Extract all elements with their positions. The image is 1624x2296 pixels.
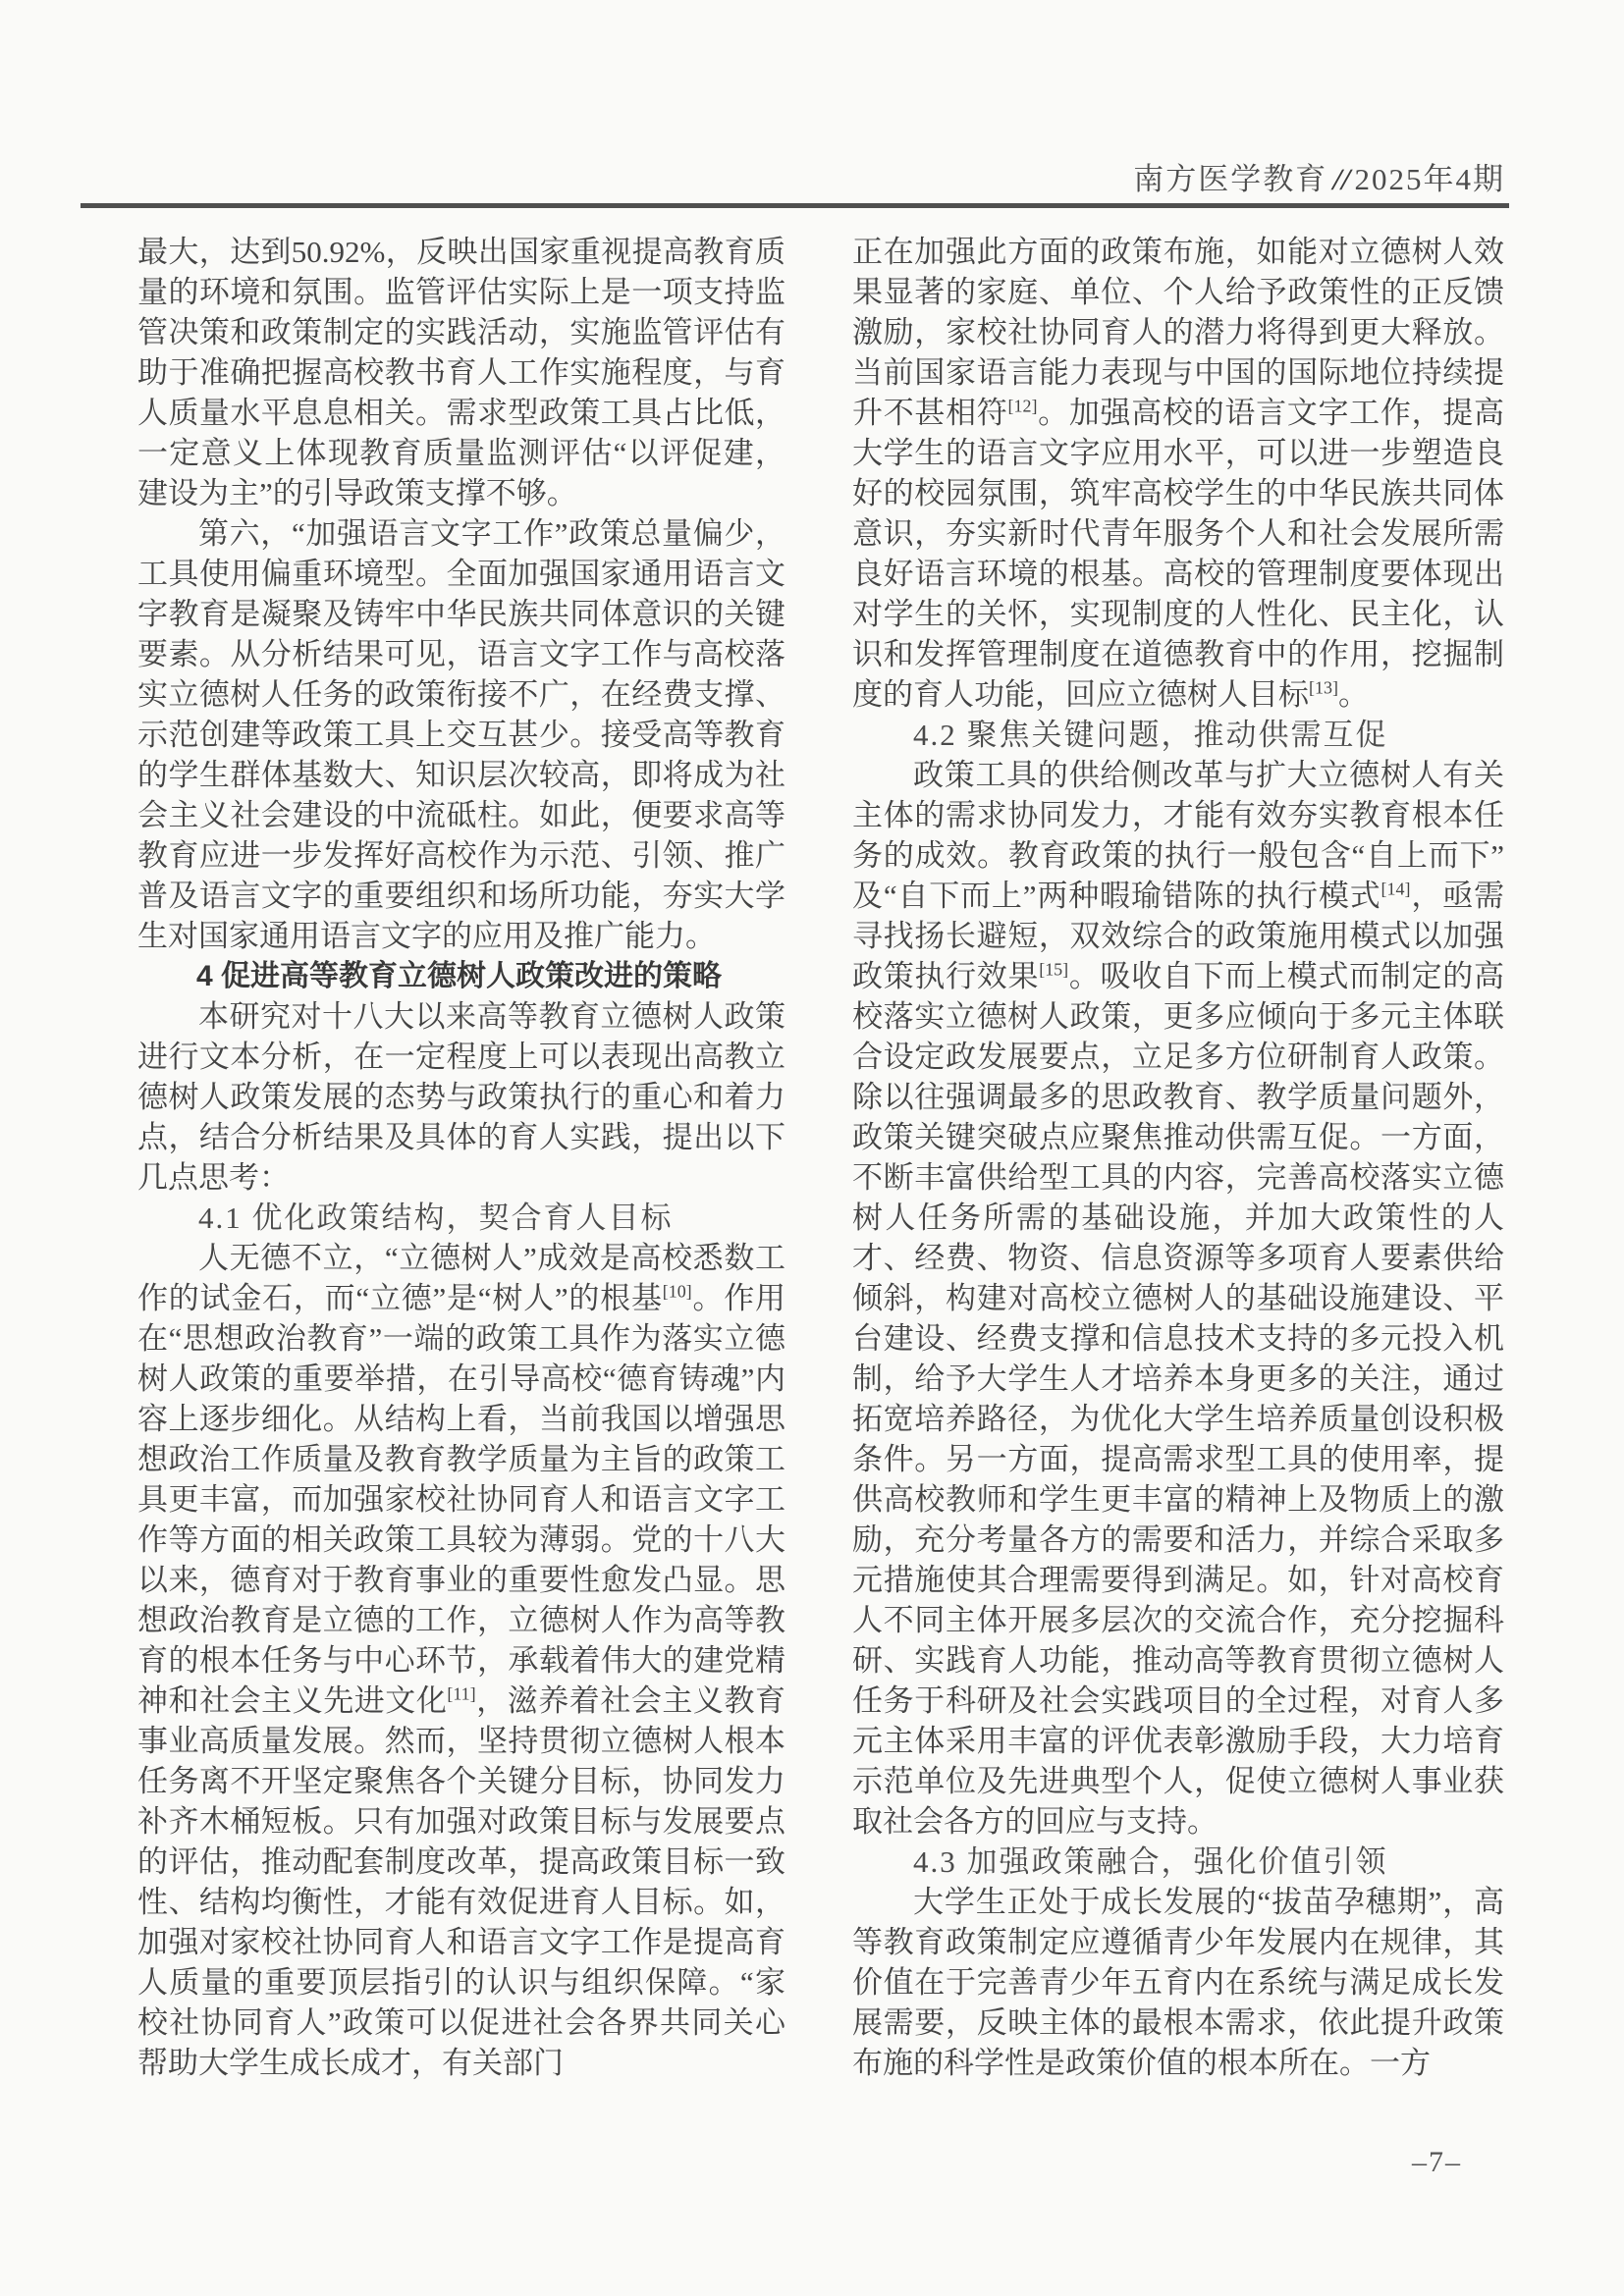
subsection-heading: 4.3 加强政策融合，强化价值引领 <box>852 1842 1504 1882</box>
journal-issue: 2025年4期 <box>1355 162 1506 196</box>
left-column: 最大，达到50.92%，反映出国家重视提高教育质量的环境和氛围。监管评估实际上是… <box>137 232 785 2083</box>
citation-ref: [11] <box>447 1684 475 1704</box>
journal-header: 南方医学教育//2025年4期 <box>1133 160 1505 199</box>
subsection-heading: 4.1 优化政策结构，契合育人目标 <box>137 1198 785 1238</box>
paragraph: 本研究对十八大以来高等教育立德树人政策进行文本分析，在一定程度上可以表现出高教立… <box>137 996 785 1198</box>
journal-page: 南方医学教育//2025年4期 最大，达到50.92%，反映出国家重视提高教育质… <box>0 0 1624 2296</box>
paragraph: 第六，“加强语言文字工作”政策总量偏少，工具使用偏重环境型。全面加强国家通用语言… <box>137 513 785 956</box>
section-heading: 4 促进高等教育立德树人政策改进的策略 <box>137 956 785 996</box>
subsection-heading: 4.2 聚焦关键问题，推动供需互促 <box>852 715 1504 755</box>
header-divider: // <box>1329 160 1355 199</box>
header-rule <box>81 203 1509 208</box>
paragraph: 最大，达到50.92%，反映出国家重视提高教育质量的环境和氛围。监管评估实际上是… <box>137 232 785 513</box>
citation-ref: [10] <box>663 1282 692 1302</box>
paragraph: 大学生正处于成长发展的“拔苗孕穗期”，高等教育政策制定应遵循青少年发展内在规律，… <box>852 1882 1504 2083</box>
paragraph: 人无德不立，“立德树人”成效是高校悉数工作的试金石，而“立德”是“树人”的根基[… <box>137 1238 785 2083</box>
page-number: –7– <box>1412 2146 1462 2179</box>
citation-ref: [12] <box>1008 397 1038 416</box>
paragraph: 政策工具的供给侧改革与扩大立德树人有关主体的需求协同发力，才能有效夯实教育根本任… <box>852 755 1504 1842</box>
right-column: 正在加强此方面的政策布施，如能对立德树人效果显著的家庭、单位、个人给予政策性的正… <box>852 232 1504 2083</box>
paragraph: 正在加强此方面的政策布施，如能对立德树人效果显著的家庭、单位、个人给予政策性的正… <box>852 232 1504 715</box>
citation-ref: [13] <box>1309 678 1338 698</box>
citation-ref: [15] <box>1039 960 1068 980</box>
citation-ref: [14] <box>1381 880 1411 899</box>
journal-title: 南方医学教育 <box>1133 162 1327 196</box>
